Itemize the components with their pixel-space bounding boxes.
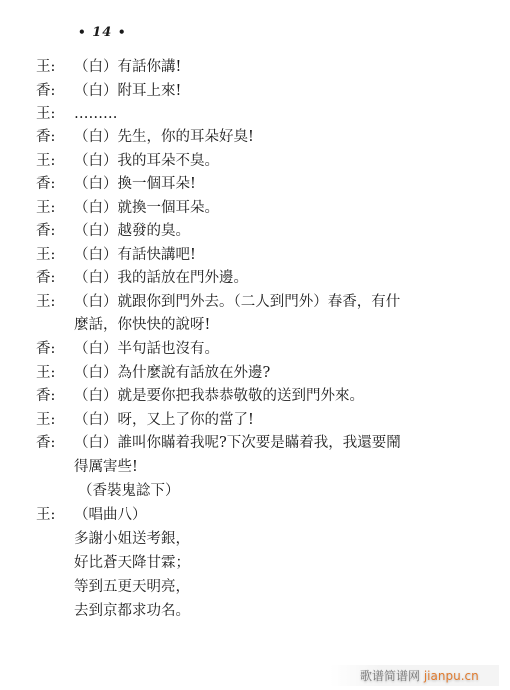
- song-verse: 等到五更天明亮，: [74, 576, 190, 598]
- dialogue-line: 香:（白）附耳上來!: [36, 80, 181, 102]
- dialogue-line: 王:………: [36, 103, 118, 125]
- dialogue-line: 香:（白）我的話放在門外邊。: [36, 267, 248, 289]
- speaker-label: 香:: [36, 80, 74, 102]
- speaker-label: 香:: [36, 432, 74, 454]
- speaker-label: 王:: [36, 150, 74, 172]
- line-text: （白）就是要你把我恭恭敬敬的送到門外來。: [74, 388, 364, 404]
- line-text: （白）就換一個耳朵。: [74, 200, 219, 216]
- page-number: • 14 •: [78, 25, 127, 40]
- dialogue-line: 香:（白）先生，你的耳朵好臭!: [36, 126, 254, 148]
- line-text: （白）附耳上來!: [74, 83, 181, 99]
- site-watermark: 歌谱简谱网 jianpu.cn: [330, 665, 499, 686]
- line-text: （白）誰叫你瞞着我呢?下次要是瞞着我，我還要鬧: [74, 435, 401, 451]
- dialogue-line: 王:（白）呀，又上了你的當了!: [36, 409, 254, 431]
- dialogue-line: 王:（白）有話快講吧!: [36, 244, 196, 266]
- speaker-label: 王:: [36, 409, 74, 431]
- dialogue-line: 香:（白）半句話也沒有。: [36, 338, 219, 360]
- song-title: （唱曲八）: [74, 507, 147, 523]
- song-header: 王:（唱曲八）: [36, 504, 147, 526]
- line-text: （白）先生，你的耳朵好臭!: [74, 129, 254, 145]
- song-verse: 多謝小姐送考銀，: [74, 528, 190, 550]
- dialogue-line: 香:（白）就是要你把我恭恭敬敬的送到門外來。: [36, 385, 364, 407]
- speaker-label: 香:: [36, 220, 74, 242]
- line-text: （白）越發的臭。: [74, 223, 190, 239]
- speaker-label: 王:: [36, 504, 74, 526]
- speaker-label: 王:: [36, 103, 74, 125]
- speaker-label: 香:: [36, 385, 74, 407]
- speaker-label: 王:: [36, 362, 74, 384]
- dialogue-line: 王:（白）為什麼說有話放在外邊?: [36, 362, 270, 384]
- dialogue-continuation: 得厲害些!: [74, 456, 138, 478]
- stage-direction: （香裝鬼諗下）: [78, 480, 180, 502]
- line-text: （白）換一個耳朵!: [74, 176, 196, 192]
- speaker-label: 王:: [36, 197, 74, 219]
- song-verse: 好比蒼天降甘霖；: [74, 552, 190, 574]
- line-text: （白）為什麼說有話放在外邊?: [74, 365, 270, 381]
- speaker-label: 香:: [36, 173, 74, 195]
- page-number-prefix: •: [78, 25, 87, 39]
- line-text: （白）呀，又上了你的當了!: [74, 412, 254, 428]
- speaker-label: 王:: [36, 244, 74, 266]
- page-number-value: 14: [92, 25, 112, 40]
- line-text: （白）我的話放在門外邊。: [74, 270, 248, 286]
- dialogue-line: 王:（白）就跟你到門外去。（二人到門外）春香，有什: [36, 291, 400, 313]
- line-text: （白）有話快講吧!: [74, 247, 196, 263]
- dialogue-line: 香:（白）誰叫你瞞着我呢?下次要是瞞着我，我還要鬧: [36, 432, 401, 454]
- line-text: （白）就跟你到門外去。（二人到門外）春香，有什: [74, 294, 400, 310]
- speaker-label: 香:: [36, 338, 74, 360]
- speaker-label: 王:: [36, 291, 74, 313]
- dialogue-continuation: 麼話，你快快的說呀!: [74, 314, 210, 336]
- watermark-site: jianpu.cn: [424, 669, 479, 683]
- speaker-label: 香:: [36, 126, 74, 148]
- dialogue-line: 王:（白）就換一個耳朵。: [36, 197, 219, 219]
- dialogue-line: 王:（白）有話你講!: [36, 56, 181, 78]
- speaker-label: 王:: [36, 56, 74, 78]
- line-text: ………: [74, 106, 118, 122]
- song-verse: 去到京都求功名。: [74, 600, 190, 622]
- watermark-label: 歌谱简谱网: [360, 669, 420, 683]
- line-text: （白）半句話也沒有。: [74, 341, 219, 357]
- dialogue-line: 王:（白）我的耳朵不臭。: [36, 150, 219, 172]
- line-text: （白）我的耳朵不臭。: [74, 153, 219, 169]
- dialogue-line: 香:（白）越發的臭。: [36, 220, 190, 242]
- page-number-suffix: •: [118, 25, 127, 39]
- dialogue-line: 香:（白）換一個耳朵!: [36, 173, 196, 195]
- line-text: （白）有話你講!: [74, 59, 181, 75]
- speaker-label: 香:: [36, 267, 74, 289]
